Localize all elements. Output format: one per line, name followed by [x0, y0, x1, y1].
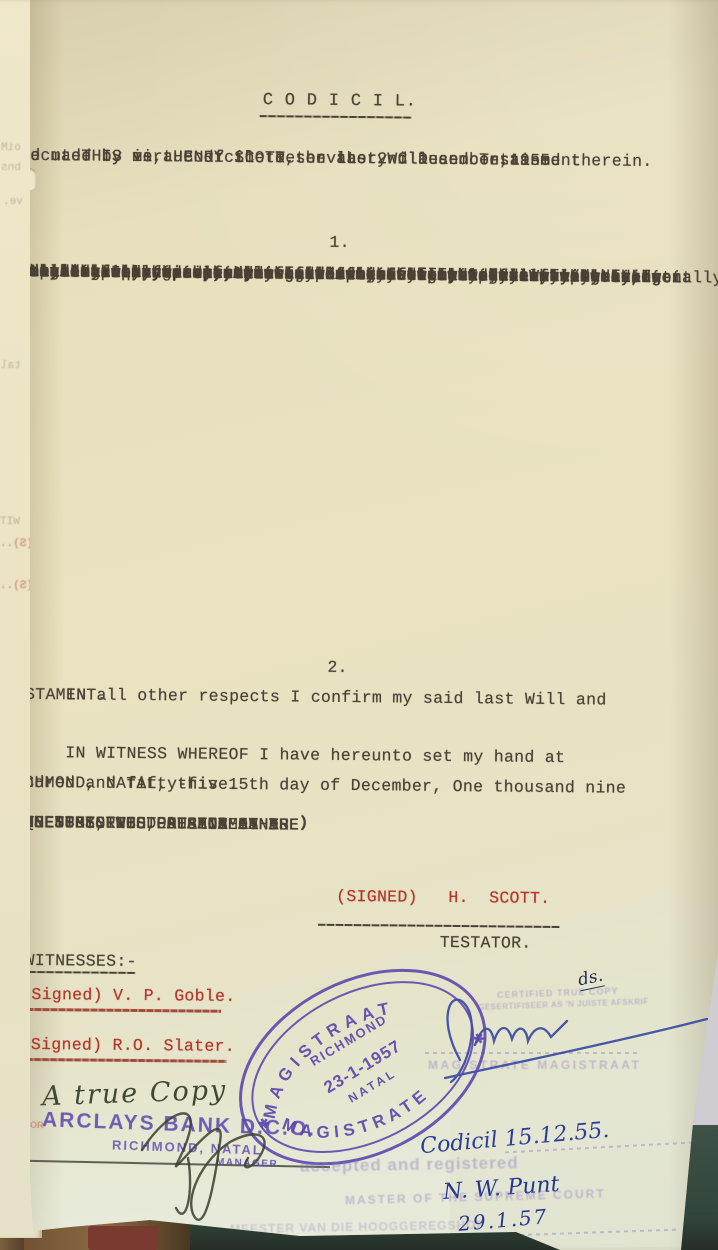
document-title: C O D I C I L.	[263, 91, 417, 111]
show-through-text-red: (S)..	[0, 538, 33, 550]
section-1-number: 1.	[329, 233, 350, 252]
show-through-text: bns	[1, 162, 21, 174]
show-through-text: WIT	[0, 516, 20, 528]
show-through-text: oiM	[1, 142, 21, 154]
testator-signed-line: (SIGNED) H. SCOTT.	[336, 887, 550, 908]
accepted-registered-stamp: accepted and registered	[300, 1153, 519, 1177]
show-through-text: ve.	[3, 196, 23, 208]
document-page: C O D I C I L. THIS is a Codicil to the …	[0, 0, 718, 1250]
witness-underline	[19, 1058, 227, 1063]
show-through-text: tal	[1, 360, 21, 372]
witnesses-heading-underline	[19, 971, 135, 974]
wood-red-detail	[88, 1226, 158, 1250]
witness-entry-goble: (Signed) V. P. Goble.	[21, 985, 235, 1006]
witnesses-heading: WITNESSES:-	[24, 951, 136, 971]
section-2-number: 2.	[327, 658, 348, 677]
witness-underline	[19, 1008, 221, 1013]
show-through-text-red: (S)..	[0, 580, 33, 592]
title-underline	[260, 115, 412, 118]
witness-whereof-line: IN WITNESS WHEREOF I have hereunto set m…	[24, 743, 565, 767]
photo-scene: oiM bns ve. tal WIT (S).. (S).. C O D I …	[0, 0, 718, 1250]
